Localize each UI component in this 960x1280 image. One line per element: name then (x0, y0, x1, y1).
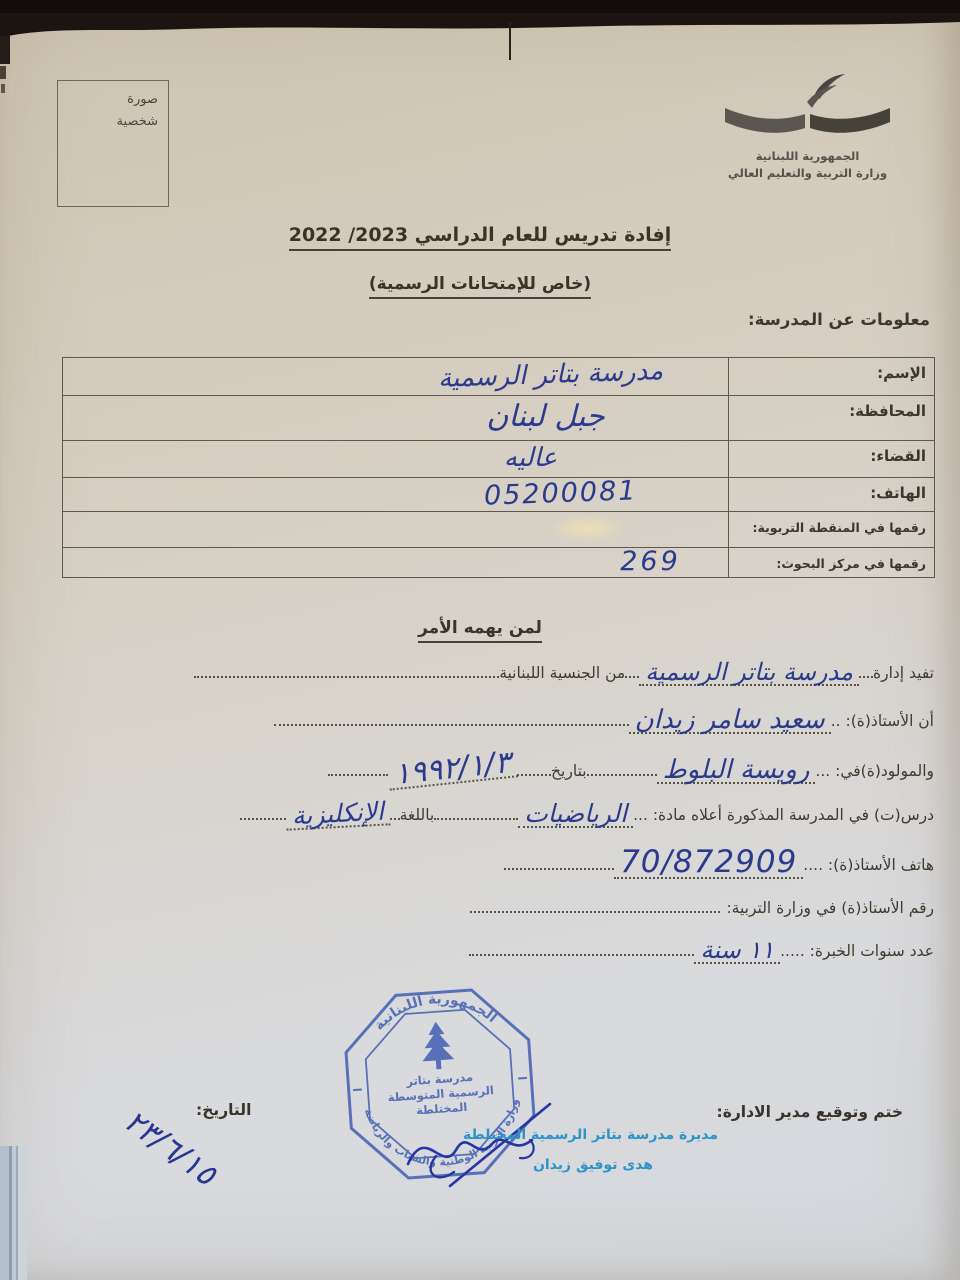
line1-suffix: من الجنسية اللبنانية (499, 664, 625, 682)
ministry-name-line2: وزارة التربية والتعليم العالي (690, 165, 925, 182)
handwritten-subject: الرياضيات (518, 803, 633, 828)
dotted-leader (859, 661, 873, 678)
line7-label: عدد سنوات الخبرة: ..... (780, 942, 934, 960)
row-value: 269 (63, 548, 728, 577)
dotted-leader (434, 803, 518, 820)
body-line-teacher-phone: هاتف الأستاذ(ة): .... 70/872909 (40, 847, 934, 877)
line4-label: درس(ت) في المدرسة المذكورة أعلاه مادة: .… (633, 806, 934, 824)
title-text: إفادة تدريس للعام الدراسي (415, 224, 672, 246)
handwritten-research-number: 269 (620, 548, 681, 575)
dotted-leader (240, 803, 286, 820)
body-line-birth: والمولود(ة)في: ... رويسة البلوط بتاريخ ١… (40, 753, 934, 782)
dotted-leader (390, 803, 400, 820)
line3-date-label: بتاريخ (551, 762, 587, 780)
dotted-leader (328, 759, 388, 776)
table-row-district: القضاء: عاليه (63, 440, 934, 477)
row-value (63, 512, 728, 547)
director-title-text: مديرة مدرسة بتاتر الرسمية المختلطة (463, 1127, 718, 1143)
scan-left-edge-strip (0, 1146, 27, 1280)
document-subtitle: (خاص للإمتحانات الرسمية) (0, 274, 960, 299)
stamp-signature-label: ختم وتوقيع مدير الادارة: (717, 1103, 903, 1121)
row-label: رقمها في المنقطة التربوية: (728, 512, 934, 547)
handwritten-school-name: مدرسة بتاتر الرسمية (438, 358, 664, 392)
handwritten-birthdate: ١٩٩٢/١/٣ (387, 748, 518, 790)
ministry-name-line1: الجمهورية اللبنانية (690, 148, 925, 165)
title-years: 2022 /2023 (289, 224, 408, 246)
line5-label: هاتف الأستاذ(ة): .... (803, 856, 934, 874)
school-info-heading: معلومات عن المدرسة: (748, 310, 930, 329)
date-label: التاريخ: (196, 1101, 251, 1119)
table-row-governorate: المحافظة: جبل لبنان (63, 395, 934, 440)
handwritten-governorate: جبل لبنان (486, 402, 604, 432)
handwritten-experience-years: ١١ سنة (694, 940, 780, 964)
row-label: الهاتف: (728, 478, 934, 511)
handwritten-teacher-name: سعيد سامر زيدان (629, 709, 831, 734)
body-line-teacher-name: أن الأستاذ(ة): .. سعيد سامر زيدان (40, 707, 934, 732)
row-label: رقمها في مركز البحوث: (728, 548, 934, 577)
handwritten-phone: 05200081 (483, 477, 637, 509)
dotted-leader (587, 759, 657, 776)
stamp-side-dash-left (353, 1089, 362, 1090)
document-title: إفادة تدريس للعام الدراسي 2022 /2023 (0, 224, 960, 251)
personal-photo-box: صورة شخصية (57, 80, 169, 207)
table-row-research-number: رقمها في مركز البحوث: 269 (63, 547, 934, 577)
table-row-name: الإسم: مدرسة بتاتر الرسمية (63, 358, 934, 395)
handwritten-district: عاليه (504, 445, 557, 471)
school-info-table: الإسم: مدرسة بتاتر الرسمية المحافظة: جبل… (62, 357, 935, 578)
concern-heading: لمن يهمه الأمر (0, 618, 960, 643)
dotted-leader (469, 939, 694, 956)
line2-label: أن الأستاذ(ة): .. (831, 712, 934, 730)
dotted-leader (470, 896, 720, 913)
ministry-logo-block: الجمهورية اللبنانية وزارة التربية والتعل… (690, 72, 925, 183)
handwritten-school-name-body: مدرسة بتاتر الرسمية (639, 662, 859, 686)
photo-box-label-line2: شخصية (68, 111, 158, 133)
dotted-leader (194, 661, 499, 678)
table-row-phone: الهاتف: 05200081 (63, 477, 934, 511)
handwritten-language: الإنكليزية (285, 800, 390, 830)
body-line-ministry-number: رقم الأستاذ(ة) في وزارة التربية: (40, 896, 934, 917)
photo-box-label-line1: صورة (68, 89, 158, 111)
stamp-side-dash-right (518, 1078, 527, 1079)
line1-prefix: تفيد إدارة (873, 664, 934, 682)
director-signature (392, 1098, 597, 1198)
row-value: 05200081 (63, 478, 728, 511)
dotted-leader (625, 661, 639, 678)
line6-label: رقم الأستاذ(ة) في وزارة التربية: (726, 899, 934, 917)
row-label: المحافظة: (728, 396, 934, 440)
line4-lang-label: باللغة (400, 806, 435, 824)
director-name-text: هدى توفيق زيدان (533, 1157, 653, 1173)
dotted-leader (504, 853, 614, 870)
row-value: جبل لبنان (63, 396, 728, 440)
cedar-tree-icon (420, 1021, 455, 1071)
scanned-document-page: صورة شخصية الجمهورية اللبنانية وزارة الت… (0, 0, 960, 1280)
row-label: القضاء: (728, 441, 934, 477)
body-line-school: تفيد إدارة مدرسة بتاتر الرسمية من الجنسي… (40, 660, 934, 684)
dotted-leader (274, 709, 629, 726)
body-line-experience: عدد سنوات الخبرة: ..... ١١ سنة (40, 938, 934, 962)
handwritten-teacher-phone: 70/872909 (614, 849, 803, 879)
table-row-district-number: رقمها في المنقطة التربوية: (63, 511, 934, 547)
dotted-leader (517, 759, 551, 776)
row-label: الإسم: (728, 358, 934, 395)
row-value: عاليه (63, 441, 728, 477)
correction-fluid-mark (548, 513, 626, 543)
row-value: مدرسة بتاتر الرسمية (63, 358, 728, 395)
line3-label: والمولود(ة)في: ... (815, 762, 934, 780)
handwritten-birthplace: رويسة البلوط (657, 759, 816, 784)
open-book-bird-icon (715, 72, 900, 144)
body-line-subject: درس(ت) في المدرسة المذكورة أعلاه مادة: .… (40, 801, 934, 826)
